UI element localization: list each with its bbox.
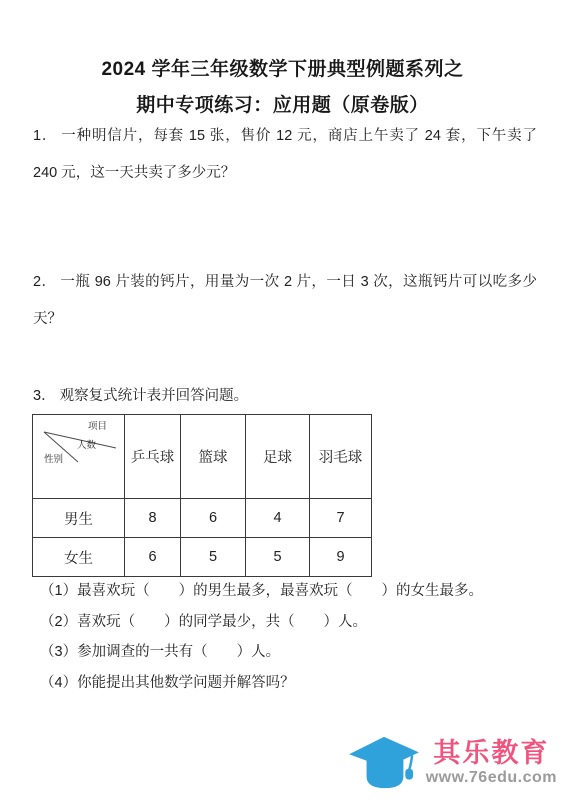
graduation-cap-icon	[347, 731, 421, 793]
diagonal-header-graphic: 项目 人数 性别	[33, 415, 124, 469]
cell-boys-basketball: 6	[181, 499, 246, 538]
cell-boys-football: 4	[246, 499, 310, 538]
cell-boys-pingpong: 8	[125, 499, 181, 538]
column-header-basketball: 篮球	[181, 415, 246, 499]
question-3-text: 观察复式统计表并回答问题。	[60, 388, 249, 404]
sub-question-3: （3）参加调查的一共有（ ）人。	[40, 637, 537, 668]
cell-boys-badminton: 7	[310, 499, 372, 538]
column-header-football: 足球	[246, 415, 310, 499]
cell-girls-badminton: 9	[310, 538, 372, 577]
table-row-girls: 女生 6 5 5 9	[33, 538, 372, 577]
sub-question-4: （4）你能提出其他数学问题并解答吗？	[40, 668, 537, 699]
corner-label-gender: 性别	[44, 453, 63, 465]
cell-girls-basketball: 5	[181, 538, 246, 577]
worksheet-page: 2024 学年三年级数学下册典型例题系列之 期中专项练习：应用题（原卷版） 1．…	[0, 0, 565, 800]
question-2-number: 2．	[33, 274, 56, 290]
corner-label-count: 人数	[77, 439, 97, 451]
cell-girls-pingpong: 6	[125, 538, 181, 577]
sub-questions: （1）最喜欢玩（ ）的男生最多，最喜欢玩（ ）的女生最多。 （2）喜欢玩（ ）的…	[40, 576, 537, 698]
page-title-line-2: 期中专项练习：应用题（原卷版）	[0, 90, 565, 117]
corner-label-item: 项目	[88, 421, 107, 432]
row-label-boys: 男生	[33, 499, 125, 538]
question-3: 3．观察复式统计表并回答问题。	[33, 378, 537, 415]
sub-question-2: （2）喜欢玩（ ）的同学最少，共（ ）人。	[40, 607, 537, 638]
table-corner-cell: 项目 人数 性别	[33, 415, 125, 499]
cell-girls-football: 5	[246, 538, 310, 577]
statistics-table: 项目 人数 性别 乒乓球 篮球 足球 羽毛球 男生 8 6 4 7 女生 6 5…	[32, 414, 372, 577]
logo-brand-name: 其乐教育	[433, 738, 549, 768]
sub-question-1: （1）最喜欢玩（ ）的男生最多，最喜欢玩（ ）的女生最多。	[40, 576, 537, 607]
column-header-badminton: 羽毛球	[310, 415, 372, 499]
question-2: 2．一瓶 96 片装的钙片，用量为一次 2 片，一日 3 次，这瓶钙片可以吃多少…	[33, 264, 537, 338]
question-1: 1．一种明信片，每套 15 张，售价 12 元，商店上午卖了 24 套，下午卖了…	[33, 118, 537, 192]
logo-text-block: 其乐教育 www.76edu.com	[426, 738, 557, 787]
question-1-text: 一种明信片，每套 15 张，售价 12 元，商店上午卖了 24 套，下午卖了 2…	[33, 128, 537, 181]
page-title-line-1: 2024 学年三年级数学下册典型例题系列之	[0, 54, 565, 81]
question-3-number: 3．	[33, 388, 56, 404]
logo-website-url: www.76edu.com	[426, 768, 557, 787]
table-row-boys: 男生 8 6 4 7	[33, 499, 372, 538]
row-label-girls: 女生	[33, 538, 125, 577]
column-header-pingpong: 乒乓球	[125, 415, 181, 499]
table-header-row: 项目 人数 性别 乒乓球 篮球 足球 羽毛球	[33, 415, 372, 499]
question-2-text: 一瓶 96 片装的钙片，用量为一次 2 片，一日 3 次，这瓶钙片可以吃多少天？	[33, 274, 537, 327]
brand-logo: 其乐教育 www.76edu.com	[347, 731, 557, 793]
question-1-number: 1．	[33, 128, 57, 144]
